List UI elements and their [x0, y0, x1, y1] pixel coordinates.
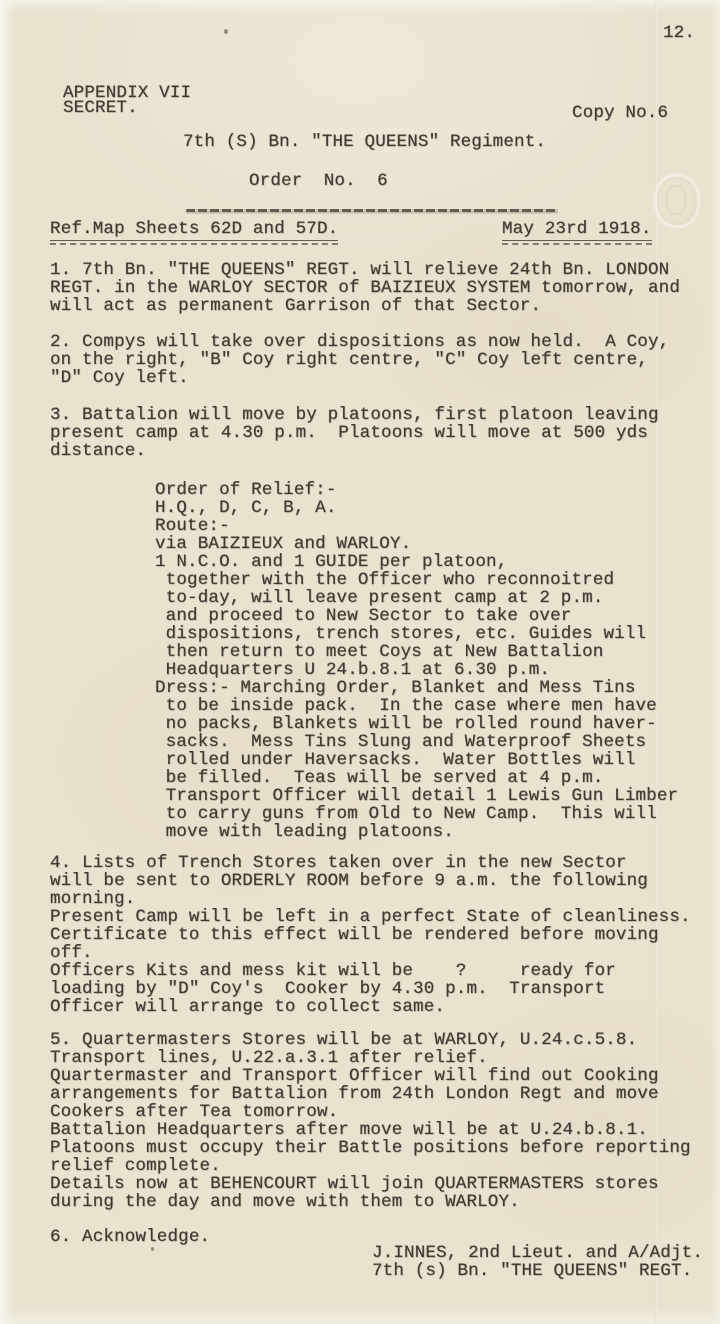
order-date: May 23rd 1918. — [502, 220, 652, 241]
text-line: 1 N.C.O. and 1 GUIDE per platoon, — [155, 553, 678, 571]
text-line: off. — [50, 944, 691, 962]
text-line: Dress:- Marching Order, Blanket and Mess… — [155, 679, 678, 697]
paper-background: 12. APPENDIX VII SECRET. Copy No.6 7th (… — [0, 0, 720, 1324]
text-line: sacks. Mess Tins Slung and Waterproof Sh… — [155, 733, 678, 751]
text-line: via BAIZIEUX and WARLOY. — [155, 535, 678, 553]
text-line: 5. Quartermasters Stores will be at WARL… — [50, 1031, 691, 1049]
text-line: Platoons must occupy their Battle positi… — [50, 1139, 691, 1157]
paragraph-6: 6. Acknowledge. — [50, 1228, 210, 1246]
ink-speck — [224, 29, 228, 34]
text-line: Battalion Headquarters after move will b… — [50, 1121, 691, 1139]
text-line: REGT. in the WARLOY SECTOR of BAIZIEUX S… — [50, 279, 680, 297]
map-reference-text: Ref.Map Sheets 62D and 57D. — [50, 220, 338, 241]
copy-number: Copy No.6 — [572, 104, 668, 122]
paragraph-1: 1. 7th Bn. "THE QUEENS" REGT. will relie… — [50, 261, 680, 315]
page-number: 12. — [663, 24, 695, 42]
dashed-rule — [186, 209, 558, 212]
text-line: Officers Kits and mess kit will be ? rea… — [50, 962, 691, 980]
text-line: Present Camp will be left in a perfect S… — [50, 908, 691, 926]
order-date-text: May 23rd 1918. — [502, 220, 652, 241]
text-line: then return to meet Coys at New Battalio… — [155, 643, 678, 661]
text-line: move with leading platoons. — [155, 823, 678, 841]
text-line: 3. Battalion will move by platoons, firs… — [50, 406, 659, 424]
paragraph-5: 5. Quartermasters Stores will be at WARL… — [50, 1031, 691, 1211]
text-line: Certificate to this effect will be rende… — [50, 926, 691, 944]
ink-speck — [151, 1247, 154, 1251]
document-title: 7th (S) Bn. "THE QUEENS" Regiment. — [183, 133, 546, 151]
text-line: will be sent to ORDERLY ROOM before 9 a.… — [50, 872, 691, 890]
text-line: on the right, "B" Coy right centre, "C" … — [50, 351, 669, 369]
text-line: loading by "D" Coy's Cooker by 4.30 p.m.… — [50, 980, 691, 998]
embossed-seal — [654, 174, 700, 228]
text-line: present camp at 4.30 p.m. Platoons will … — [50, 424, 659, 442]
text-line: no packs, Blankets will be rolled round … — [155, 715, 678, 733]
text-line: during the day and move with them to WAR… — [50, 1193, 691, 1211]
text-line: Headquarters U 24.b.8.1 at 6.30 p.m. — [155, 661, 678, 679]
classification-label: SECRET. — [63, 99, 138, 117]
signature-name: J.INNES, 2nd Lieut. and A/Adjt. — [372, 1244, 703, 1262]
paragraph-2: 2. Compys will take over dispositions as… — [50, 333, 669, 387]
text-line: arrangements for Battalion from 24th Lon… — [50, 1085, 691, 1103]
text-line: Transport lines, U.22.a.3.1 after relief… — [50, 1049, 691, 1067]
map-reference: Ref.Map Sheets 62D and 57D. — [50, 220, 338, 241]
signature-unit: 7th (s) Bn. "THE QUEENS" REGT. — [372, 1262, 692, 1280]
relief-order-block: Order of Relief:-H.Q., D, C, B, A.Route:… — [155, 481, 678, 841]
text-line: rolled under Haversacks. Water Bottles w… — [155, 751, 678, 769]
text-line: morning. — [50, 890, 691, 908]
text-line: to carry guns from Old to New Camp. This… — [155, 805, 678, 823]
text-line: distance. — [50, 442, 659, 460]
paragraph-3: 3. Battalion will move by platoons, firs… — [50, 406, 659, 460]
text-line: Transport Officer will detail 1 Lewis Gu… — [155, 787, 678, 805]
text-line: Quartermaster and Transport Officer will… — [50, 1067, 691, 1085]
text-line: will act as permanent Garrison of that S… — [50, 297, 680, 315]
paragraph-4: 4. Lists of Trench Stores taken over in … — [50, 854, 691, 1016]
text-line: Officer will arrange to collect same. — [50, 998, 691, 1016]
text-line: H.Q., D, C, B, A. — [155, 499, 678, 517]
text-line: to be inside pack. In the case where men… — [155, 697, 678, 715]
text-line: and proceed to New Sector to take over — [155, 607, 678, 625]
text-line: Cookers after Tea tomorrow. — [50, 1103, 691, 1121]
text-line: 4. Lists of Trench Stores taken over in … — [50, 854, 691, 872]
text-line: dispositions, trench stores, etc. Guides… — [155, 625, 678, 643]
text-line: relief complete. — [50, 1157, 691, 1175]
text-line: Order of Relief:- — [155, 481, 678, 499]
text-line: 2. Compys will take over dispositions as… — [50, 333, 669, 351]
text-line: 1. 7th Bn. "THE QUEENS" REGT. will relie… — [50, 261, 680, 279]
text-line: Details now at BEHENCOURT will join QUAR… — [50, 1175, 691, 1193]
text-line: "D" Coy left. — [50, 369, 669, 387]
scanned-military-order-page: { "colors": { "paper": "#e9e2cf", "ink":… — [0, 0, 720, 1324]
text-line: be filled. Teas will be served at 4 p.m. — [155, 769, 678, 787]
text-line: Route:- — [155, 517, 678, 535]
text-line: together with the Officer who reconnoitr… — [155, 571, 678, 589]
order-number: Order No. 6 — [249, 172, 388, 190]
text-line: to-day, will leave present camp at 2 p.m… — [155, 589, 678, 607]
